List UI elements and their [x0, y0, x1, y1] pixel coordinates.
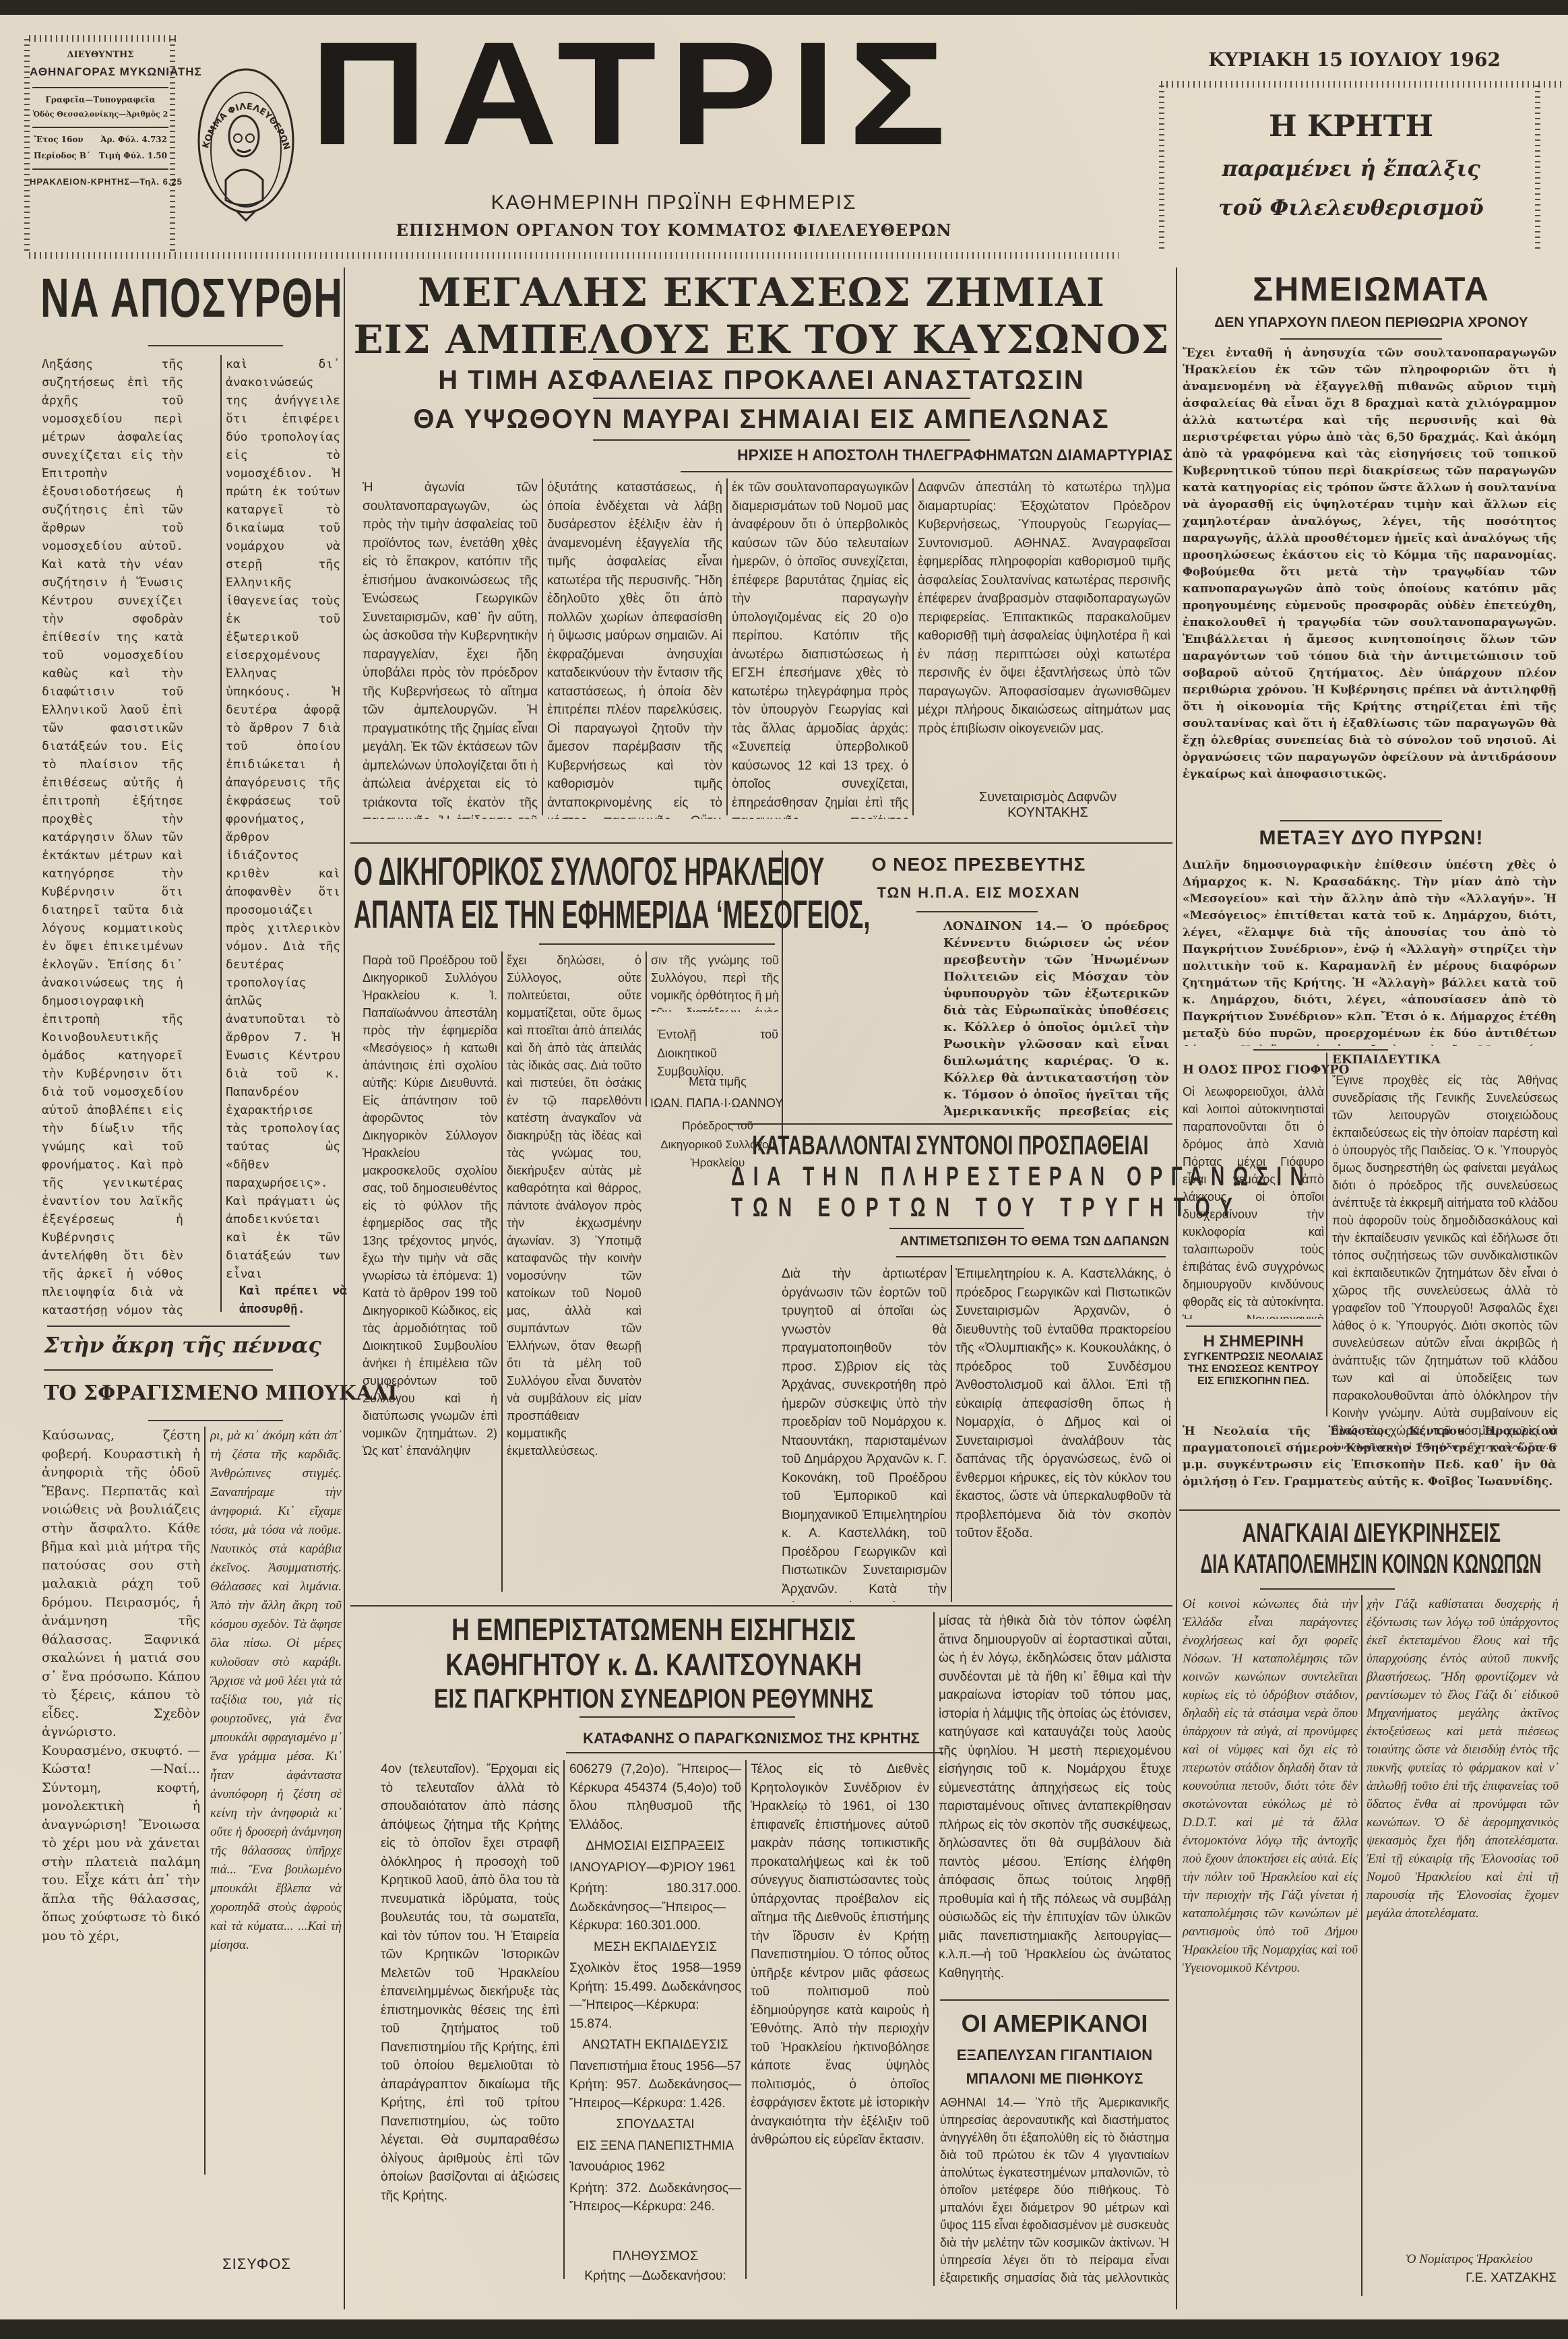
divider: [1280, 338, 1442, 340]
harvest-subhead: ΑΝΤΙΜΕΤΩΠΙΣΘΗ ΤΟ ΘΕΜΑ ΤΩΝ ΔΑΠΑΝΩΝ: [883, 1235, 1169, 1249]
kalitsounakis-col-3: Τέλος εἰς τὸ Διεθνὲς Κρητολογικὸν Συνέδρ…: [751, 1760, 929, 2279]
lead-col-4: Δαφνῶν ἀπεστάλη τὸ κατωτέρω τηλ)μα διαμα…: [918, 478, 1170, 768]
headline-line: Η ΕΜΠΕΡΙΣΤΑΤΩΜΕΝΗ ΕΙΣΗΓΗΣΙΣ: [357, 1612, 950, 1647]
lead-signature: Συνεταιρισμὸς Δαφνῶν ΚΟΥΝΤΑΚΗΣ: [937, 790, 1159, 821]
divider: [889, 1228, 1024, 1229]
stat-line: ΑΝΩΤΑΤΗ ΕΚΠΑΙΔΕΥΣΙΣ: [569, 2036, 741, 2055]
column-divider: [204, 1427, 206, 2175]
column-signature: ΣΙΣΥΦΟΣ: [222, 2255, 291, 2273]
kalitsounakis-headline: Η ΕΜΠΕΡΙΣΤΑΤΩΜΕΝΗ ΕΙΣΗΓΗΣΙΣ ΚΑΘΗΓΗΤΟΥ κ.…: [357, 1612, 950, 1716]
stat-line: ΕΙΣ ΞΕΝΑ ΠΑΝΕΠΙΣΤΗΜΙΑ: [569, 2137, 741, 2156]
harvest-col-2: Ἐπιμελητηρίου κ. Α. Καστελλάκης, ὁ πρόεδ…: [955, 1265, 1171, 1602]
column-story-col-1: Καύσωνας, ζέστη φοβερή. Κουραστικὴ ἡ ἀνη…: [42, 1427, 200, 2168]
divider: [916, 911, 1038, 912]
info-box-border: [27, 35, 179, 42]
party-emblem-icon: ΚΟΜΜΑ ΦΙΛΕΛΕΥΘΕΡΩΝ: [195, 65, 296, 224]
education-body: Ἔγινε προχθὲς εἰς τὰς Ἀθήνας συνεδρίασις…: [1332, 1071, 1558, 1449]
issue-date: ΚΥΡΙΑΚΗ 15 ΙΟΥΛΙΟΥ 1962: [1166, 49, 1543, 71]
column-divider: [1176, 268, 1177, 2309]
ambassador-headline: Ο ΝΕΟΣ ΠΡΕΣΒΕΥΤΗΣ: [785, 854, 1172, 875]
svg-text:ΚΟΜΜΑ ΦΙΛΕΛΕΥΘΕΡΩΝ: ΚΟΜΜΑ ΦΙΛΕΛΕΥΘΕΡΩΝ: [201, 102, 292, 151]
price: Τιμὴ Φύλ. 1.50: [99, 151, 167, 160]
divider: [566, 1752, 943, 1753]
education-headline: ΕΚΠΑΙΔΕΥΤΙΚΑ: [1332, 1053, 1441, 1067]
column-divider: [220, 355, 222, 1312]
divider: [681, 471, 1172, 472]
divider: [896, 1256, 1166, 1257]
divider: [728, 1123, 1172, 1125]
notes-body: Ἔχει ἐνταθῆ ἡ ἀνησυχία τῶν σουλτανοπαραγ…: [1183, 345, 1557, 817]
stat-line: ΔΗΜΟΣΙΑΙ ΕΙΣΠΡΑΞΕΙΣ: [569, 1837, 741, 1856]
column-divider: [726, 478, 728, 815]
column-divider: [933, 1612, 935, 2286]
offices-label: Γραφεῖα—Τυπογραφεῖα: [30, 95, 171, 104]
divider: [940, 1999, 1169, 2001]
period: Περίοδος Β΄: [34, 151, 90, 160]
masthead-subtitle: ΚΑΘΗΜΕΡΙΝΗ ΠΡΩΪΝΗ ΕΦΗΜΕΡΙΣ: [323, 191, 1024, 214]
divider: [1280, 820, 1442, 821]
signature-line: ΚΟΥΝΤΑΚΗΣ: [937, 805, 1159, 821]
lead-col-2: ὀξυτάτης καταστάσεως, ἡ ὁποία ἐνδέχεται …: [547, 478, 722, 819]
divider: [593, 398, 970, 399]
festivities-continuation: μίσας τὰ ἠθικὰ διὰ τὸν τόπον ὠφέλη ἅτινα…: [939, 1612, 1171, 1989]
stat-line: Κρήτη: 372. Δωδεκάνησος—Ἤπειρος—Κέρκυρα:…: [569, 2179, 741, 2216]
youth-body: Ἡ Νεολαία τῆς Ἑνώσεως Κέντρου Ἡρακλείου …: [1183, 1423, 1557, 1504]
masthead-tagline: ΕΠΙΣΗΜΟΝ ΟΡΓΑΝΟΝ ΤΟΥ ΚΟΜΜΑΤΟΣ ΦΙΛΕΛΕΥΘΕΡ…: [317, 220, 1031, 240]
column-divider: [563, 1760, 565, 2279]
issue-number: Ἀρ. Φύλ. 4.732: [100, 135, 167, 144]
mosquitoes-signer-label: Ὁ Νομίατρος Ἡρακλείου: [1381, 2252, 1557, 2267]
headline-line: ΕΙΣ ΠΑΓΚΡΗΤΙΟΝ ΣΥΝΕΔΡΙΟΝ ΡΕΘΥΜΝΗΣ: [357, 1682, 950, 1716]
divider: [1179, 1509, 1560, 1511]
lead-deck: ΘΑ ΥΨΩΘΟΥΝ ΜΑΥΡΑΙ ΣΗΜΑΙΑΙ ΕΙΣ ΑΜΠΕΛΩΝΑΣ: [354, 404, 1169, 435]
divider: [1253, 1049, 1388, 1051]
americans-subhead: ΜΠΑΛΟΝΙ ΜΕ ΠΙΘΗΚΟΥΣ: [937, 2070, 1172, 2088]
lawyers-headline: Ο ΔΙΚΗΓΟΡΙΚΟΣ ΣΥΛΛΟΓΟΣ ΗΡΑΚΛΕΙΟΥ ΑΠΑΝΤΑ …: [354, 850, 782, 937]
divider: [350, 1605, 1172, 1607]
headline-line: ΚΑΘΗΓΗΤΟΥ κ. Δ. ΚΑΛΙΤΣΟΥΝΑΚΗ: [357, 1647, 950, 1682]
divider: [44, 1369, 273, 1371]
harvest-headline: ΚΑΤΑΒΑΛΛΟΝΤΑΙ ΣΥΝΤΟΝΟΙ ΠΡΟΣΠΑΘΕΙΑΙ ΔΙΑ Τ…: [731, 1130, 1169, 1223]
kalitsounakis-subhead: ΚΑΤΑΦΑΝΗΣ Ο ΠΑΡΑΓΚΩΝΙΣΜΟΣ ΤΗΣ ΚΡΗΤΗΣ: [553, 1730, 950, 1747]
ambassador-body: ΛΟΝΔΙΝΟΝ 14.— Ὁ πρόεδρος Κέννεντυ διώρισ…: [943, 918, 1169, 1120]
stat-line: Ἰανουάριος 1962: [569, 2158, 741, 2177]
headline-line: ΣΥΓΚΕΝΤΡΩΣΙΣ ΝΕΟΛΑΙΑΣ: [1179, 1351, 1327, 1363]
divider: [539, 943, 775, 945]
divider: [593, 358, 970, 360]
between-fires-body: Διπλῆν δημοσιογραφικὴν ἐπίθεσιν ὑπέστη χ…: [1183, 857, 1557, 1046]
divider: [1186, 1326, 1321, 1327]
column-divider: [646, 952, 647, 1106]
column-story-col-2: ρι, μὰ κι᾽ ἀκόμη κάτι ἀπ᾽ τὴ ζέστα τῆς κ…: [210, 1427, 342, 2228]
editorial-headline: ΝΑ ΑΠΟΣΥΡΘΗ: [40, 268, 337, 330]
divider: [148, 1420, 283, 1421]
headline-line: Ο ΔΙΚΗΓΟΡΙΚΟΣ ΣΥΛΛΟΓΟΣ ΗΡΑΚΛΕΙΟΥ: [354, 850, 781, 894]
headline-line: ΚΑΤΑΒΑΛΛΟΝΤΑΙ ΣΥΝΤΟΝΟΙ ΠΡΟΣΠΑΘΕΙΑΙ: [731, 1130, 1170, 1161]
mosquitoes-headline: ΑΝΑΓΚΑΙΑΙ ΔΙΕΥΚΡΙΝΗΣΕΙΣ ΔΙΑ ΚΑΤΑΠΟΛΕΜΗΣΙ…: [1186, 1518, 1557, 1580]
lawyers-col-3: σιν τῆς γνώμης τοῦ Συλλόγου, περὶ τῆς νο…: [651, 952, 779, 1012]
divider: [148, 345, 283, 346]
harvest-col-1: Διὰ τὴν ἀρτιωτέραν ὀργάνωσιν τῶν ἑορτῶν …: [782, 1265, 947, 1602]
stat-line: Πανεπιστήμια ἔτους 1956—57 Κρήτη: 957. Δ…: [569, 2057, 741, 2113]
stat-line: ΜΕΣΗ ΕΚΠΑΙΔΕΥΣΙΣ: [569, 1938, 741, 1957]
newspaper-page: ΔΙΕΥΘΥΝΤΗΣ ΑΘΗΝΑΓΟΡΑΣ ΜΥΚΩΝΙΑΤΗΣ Γραφεῖα…: [0, 15, 1568, 2319]
divider: [579, 1716, 795, 1718]
editorial-closing: Καὶ πρέπει νὰ ἀποσυρθῇ.: [239, 1282, 347, 1318]
mosquitoes-col-2: χὴν Γάζι καθίσταται δυσχερὴς ἡ ἐξόντωσις…: [1367, 1595, 1559, 2242]
director-name: ΑΘΗΝΑΓΟΡΑΣ ΜΥΚΩΝΙΑΤΗΣ: [30, 65, 171, 79]
headline-line: ΕΙΣ ΕΠΙΣΚΟΠΗΝ ΠΕΔ.: [1179, 1375, 1327, 1387]
headline-line: ΔΙΑ ΚΑΤΑΠΟΛΕΜΗΣΙΝ ΚΟΙΝΩΝ ΚΩΝΩΠΩΝ: [1186, 1549, 1556, 1580]
lead-headline: ΜΕΓΑΛΗΣ ΕΚΤΑΣΕΩΣ ΖΗΜΙΑΙ: [350, 270, 1172, 315]
lawyers-signer: ΙΩΑΝ. ΠΑΠΑ·Ι·ΩΑΝΝΟΥ: [650, 1096, 782, 1111]
divider: [47, 1326, 290, 1327]
notes-subhead: ΔΕΝ ΥΠΑΡΧΟΥΝ ΠΛΕΟΝ ΠΕΡΙΘΩΡΙΑ ΧΡΟΝΟΥ: [1183, 315, 1560, 331]
column-divider: [951, 1265, 952, 1602]
city-phone: ΗΡΑΚΛΕΙΟΝ-ΚΡΗΤΗΣ—Τηλ. 6.25: [30, 177, 171, 187]
divider: [350, 842, 1172, 844]
masthead-bottom-border: [27, 252, 1119, 259]
slogan-line: παραμένει ἡ ἔπαλξις: [1169, 156, 1533, 181]
population-line: Κρήτης —Δωδεκανήσου:: [569, 2269, 741, 2284]
lawyers-regards: Μετὰ τιμῆς: [657, 1073, 778, 1092]
stat-line: 606279 (7,2ο)ο). Ἤπειρος—Κέρκυρα 454374 …: [569, 1760, 741, 1834]
slogan-box-border: [1159, 81, 1563, 88]
slogan-box-border: [1159, 82, 1164, 251]
stat-line: ΣΠΟΥΔΑΣΤΑΙ: [569, 2115, 741, 2134]
column-divider: [912, 478, 914, 815]
column-divider: [1361, 1595, 1362, 2296]
ambassador-subhead: ΤΩΝ Η.Π.Α. ΕΙΣ ΜΟΣΧΑΝ: [785, 884, 1172, 902]
between-fires-headline: ΜΕΤΑΞΥ ΔΥΟ ΠΥΡΩΝ!: [1183, 827, 1560, 850]
masthead-title: ΠΑΤΡΙΣ: [310, 30, 1017, 164]
column-header: Στὴν ἄκρη τῆς πέννας: [44, 1332, 321, 1358]
slogan-line: τοῦ Φιλελευθερισμοῦ: [1169, 195, 1533, 220]
column-divider: [501, 952, 503, 1592]
road-headline: Η ΟΔΟΣ ΠΡΟΣ ΓΙΟΦΥΡΟ: [1183, 1063, 1317, 1077]
divider: [1260, 1588, 1395, 1590]
director-label: ΔΙΕΥΘΥΝΤΗΣ: [30, 50, 171, 60]
kalitsounakis-col-1: 4ον (τελευταῖον). Ἔρχομαι εἰς τὸ τελευτα…: [381, 1760, 559, 2279]
lawyers-col-2: ἔχει δηλώσει, ὁ Σύλλογος, οὔτε πολιτεύετ…: [507, 952, 641, 1598]
lead-deck: Η ΤΙΜΗ ΑΣΦΑΛΕΙΑΣ ΠΡΟΚΑΛΕΙ ΑΝΑΣΤΑΤΩΣΙΝ: [354, 365, 1169, 396]
headline-line: ΑΝΑΓΚΑΙΑΙ ΔΙΕΥΚΡΙΝΗΣΕΙΣ: [1186, 1518, 1557, 1549]
mosquitoes-signer: Γ.Ε. ΧΑΤΖΑΚΗΣ: [1381, 2271, 1557, 2286]
road-body: Οἱ λεωφορειοῦχοι, ἀλλὰ καὶ λοιποὶ αὐτοκι…: [1183, 1083, 1324, 1319]
headline-line: ΔΙΑ ΤΗΝ ΠΛΗΡΕΣΤΕΡΑΝ ΟΡΓΑΝΩΣΙΝ: [731, 1161, 1170, 1192]
stat-line: ΙΑΝΟΥΑΡΙΟΥ—Φ)ΡΙΟΥ 1961: [569, 1859, 741, 1877]
headline-line: ΤΩΝ ΕΟΡΤΩΝ ΤΟΥ ΤΡΥΓΗΤΟΥ: [731, 1192, 1170, 1223]
slogan-box: Η ΚΡΗΤΗ παραμένει ἡ ἔπαλξις τοῦ Φιλελευθ…: [1169, 109, 1533, 220]
americans-body: ΑΘΗΝΑΙ 14.— Ὑπὸ τῆς Ἀμερικανικῆς ὑπηρεσί…: [940, 2094, 1169, 2289]
lead-kicker: ΗΡΧΙΣΕ Η ΑΠΟΣΤΟΛΗ ΤΗΛΕΓΡΑΦΗΜΑΤΩΝ ΔΙΑΜΑΡΤ…: [674, 446, 1172, 464]
youth-headline: Η ΣΗΜΕΡΙΝΗ ΣΥΓΚΕΝΤΡΩΣΙΣ ΝΕΟΛΑΙΑΣ ΤΗΣ ΕΝΩ…: [1179, 1332, 1327, 1387]
americans-subhead: ΕΞΑΠΕΛΥΣΑΝ ΓΙΓΑΝΤΙΑΙΟΝ: [937, 2047, 1172, 2064]
year: Ἔτος 16ον: [34, 135, 84, 144]
americans-headline: ΟΙ ΑΜΕΡΙΚΑΝΟΙ: [937, 2009, 1172, 2038]
population-label: ΠΛΗΘΥΣΜΟΣ: [569, 2249, 741, 2264]
editorial-col-2: καὶ δι᾽ ἀνακοινώσεώς της ἀνήγγειλε ὅτι ἐ…: [226, 355, 340, 1285]
lead-col-1: Ἡ ἀγωνία τῶν σουλτανοπαραγωγῶν, ὡς πρὸς …: [363, 478, 538, 819]
info-box-border: [24, 38, 30, 253]
column-divider: [542, 478, 543, 815]
mosquitoes-col-1: Οἱ κοινοὶ κώνωπες διὰ τὴν Ἑλλάδα εἶναι π…: [1183, 1595, 1358, 2296]
lead-headline: ΕΙΣ ΑΜΠΕΛΟΥΣ ΕΚ ΤΟΥ ΚΑΥΣΩΝΟΣ: [350, 317, 1172, 363]
headline-line: ΤΗΣ ΕΝΩΣΕΩΣ ΚΕΝΤΡΟΥ: [1179, 1363, 1327, 1375]
column-story-headline: ΤΟ ΣΦΡΑΓΙΣΜΕΝΟ ΜΠΟΥΚΑΛΙ: [44, 1381, 397, 1405]
headline-line: Η ΣΗΜΕΡΙΝΗ: [1179, 1332, 1327, 1351]
editorial-col-1: Ληξάσης τῆς συζητήσεως ἐπὶ τῆς ἀρχῆς τοῦ…: [42, 355, 183, 1319]
kalitsounakis-stats: 606279 (7,2ο)ο). Ἤπειρος—Κέρκυρα 454374 …: [569, 1760, 741, 2245]
headline-line: ΑΠΑΝΤΑ ΕΙΣ ΤΗΝ ΕΦΗΜΕΡΙΔΑ ‘ΜΕΣΟΓΕΙΟΣ,: [354, 894, 781, 937]
lawyers-col-1: Παρὰ τοῦ Προέδρου τοῦ Δικηγορικοῦ Συλλόγ…: [363, 952, 497, 1598]
slogan-line: Η ΚΡΗΤΗ: [1169, 109, 1533, 144]
column-divider: [745, 1760, 747, 2279]
stat-line: Σχολικὸν ἔτος 1958—1959 Κρήτη: 15.499. Δ…: [569, 1959, 741, 2033]
address: Ὁδὸς Θεσσαλονίκης—Ἀριθμὸς 2: [30, 110, 171, 119]
slogan-box-border: [1535, 82, 1540, 251]
lead-col-3: ἐκ τῶν σουλτανοπαραγωγικῶν διαμερισμάτων…: [732, 478, 908, 819]
notes-headline: ΣΗΜΕΙΩΜΑΤΑ: [1183, 270, 1560, 309]
divider: [593, 439, 970, 441]
stat-line: Κρήτη: 180.317.000. Δωδεκάνησος—Ἤπειρος—…: [569, 1879, 741, 1935]
info-box: ΔΙΕΥΘΥΝΤΗΣ ΑΘΗΝΑΓΟΡΑΣ ΜΥΚΩΝΙΑΤΗΣ Γραφεῖα…: [30, 50, 171, 187]
column-divider: [782, 850, 783, 1147]
signature-line: Συνεταιρισμὸς Δαφνῶν: [937, 790, 1159, 805]
